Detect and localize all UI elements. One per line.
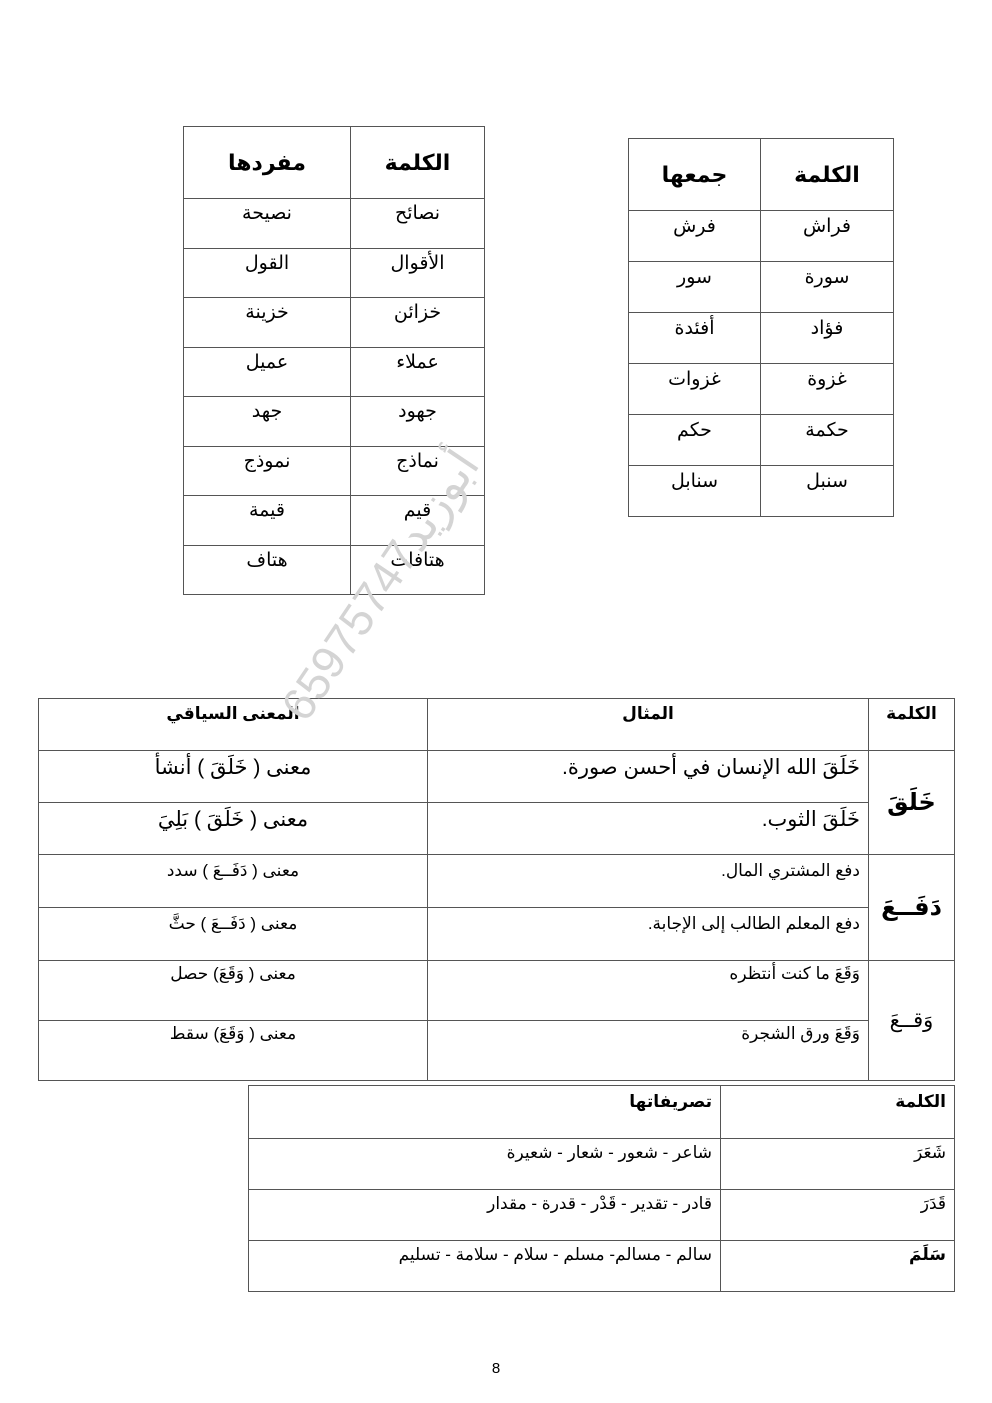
cell-singular: خزينة bbox=[184, 298, 351, 348]
cell-meaning: معنى ( دَفَــعَ ) حثَّ bbox=[39, 908, 428, 961]
cell-singular: نصيحة bbox=[184, 199, 351, 249]
cell-singular: جهد bbox=[184, 397, 351, 447]
cell-conjugations: شاعر - شعور - شعار - شعيرة bbox=[249, 1139, 721, 1190]
cell-word: حكمة bbox=[761, 415, 894, 466]
cell-plural: أفئدة bbox=[629, 313, 761, 364]
cell-example: دفع المعلم الطالب إلى الإجابة. bbox=[428, 908, 869, 961]
plural-table: الكلمة جمعها فراش فرش سورة سور فؤاد أفئد… bbox=[628, 138, 894, 517]
table-row: سَلَمَ سالم - مسالم- مسلم - سلام - سلامة… bbox=[249, 1241, 955, 1292]
header-meaning: المعنى السياقي bbox=[39, 699, 428, 751]
cell-example: وَقَعَ ما كنت أنتظره bbox=[428, 961, 869, 1021]
contextual-meaning-table: الكلمة المثال المعنى السياقي خَلَقَ خَلَ… bbox=[38, 698, 955, 1081]
cell-meaning: معنى ( وَقَعَ) سقط bbox=[39, 1021, 428, 1081]
table-row: شَعَرَ شاعر - شعور - شعار - شعيرة bbox=[249, 1139, 955, 1190]
table-row: نصائح نصيحة bbox=[184, 199, 485, 249]
cell-example: خَلَقَ الثوب. bbox=[428, 803, 869, 855]
table-header-row: الكلمة تصريفاتها bbox=[249, 1086, 955, 1139]
cell-plural: حكم bbox=[629, 415, 761, 466]
header-word: الكلمة bbox=[351, 127, 485, 199]
table-row: جهود جهد bbox=[184, 397, 485, 447]
page-number: 8 bbox=[0, 1360, 992, 1377]
cell-word: سنبل bbox=[761, 466, 894, 517]
table-row: وَقَعَ ورق الشجرة معنى ( وَقَعَ) سقط bbox=[39, 1021, 955, 1081]
header-word: الكلمة bbox=[721, 1086, 955, 1139]
header-singular: مفردها bbox=[184, 127, 351, 199]
cell-word: قَدَرَ bbox=[721, 1190, 955, 1241]
cell-example: خَلَقَ الله الإنسان في أحسن صورة. bbox=[428, 751, 869, 803]
cell-word: دَفَــعَ bbox=[869, 855, 955, 961]
cell-meaning: معنى ( وَقَعَ) حصل bbox=[39, 961, 428, 1021]
cell-example: دفع المشتري المال. bbox=[428, 855, 869, 908]
table-row: قيم قيمة bbox=[184, 496, 485, 546]
cell-singular: نموذج bbox=[184, 446, 351, 496]
cell-plural: سور bbox=[629, 262, 761, 313]
cell-word: عملاء bbox=[351, 347, 485, 397]
cell-word: غزوة bbox=[761, 364, 894, 415]
cell-singular: هتاف bbox=[184, 545, 351, 595]
table-row: دَفَــعَ دفع المشتري المال. معنى ( دَفَـ… bbox=[39, 855, 955, 908]
cell-word: فراش bbox=[761, 211, 894, 262]
cell-singular: القول bbox=[184, 248, 351, 298]
table-row: خزائن خزينة bbox=[184, 298, 485, 348]
cell-word: خزائن bbox=[351, 298, 485, 348]
cell-word: خَلَقَ bbox=[869, 751, 955, 855]
cell-plural: سنابل bbox=[629, 466, 761, 517]
table-row: خَلَقَ خَلَقَ الله الإنسان في أحسن صورة.… bbox=[39, 751, 955, 803]
cell-singular: قيمة bbox=[184, 496, 351, 546]
cell-conjugations: قادر - تقدير - قَدْر - قدرة - مقدار bbox=[249, 1190, 721, 1241]
cell-meaning: معنى ( خَلَقَ ) بَلِيَ bbox=[39, 803, 428, 855]
header-plural: جمعها bbox=[629, 139, 761, 211]
cell-singular: عميل bbox=[184, 347, 351, 397]
table-row: هتافات هتاف bbox=[184, 545, 485, 595]
conjugation-table: الكلمة تصريفاتها شَعَرَ شاعر - شعور - شع… bbox=[248, 1085, 955, 1292]
cell-word: شَعَرَ bbox=[721, 1139, 955, 1190]
cell-word: قيم bbox=[351, 496, 485, 546]
table-row: فؤاد أفئدة bbox=[629, 313, 894, 364]
cell-example: وَقَعَ ورق الشجرة bbox=[428, 1021, 869, 1081]
singular-table: الكلمة مفردها نصائح نصيحة الأقوال القول … bbox=[183, 126, 485, 595]
cell-word: جهود bbox=[351, 397, 485, 447]
table-row: الأقوال القول bbox=[184, 248, 485, 298]
table-row: سنبل سنابل bbox=[629, 466, 894, 517]
header-conjugations: تصريفاتها bbox=[249, 1086, 721, 1139]
cell-word: وَقــعَ bbox=[869, 961, 955, 1081]
table-header-row: الكلمة المثال المعنى السياقي bbox=[39, 699, 955, 751]
cell-word: هتافات bbox=[351, 545, 485, 595]
table-row: حكمة حكم bbox=[629, 415, 894, 466]
table-row: نماذج نموذج bbox=[184, 446, 485, 496]
table-row: عملاء عميل bbox=[184, 347, 485, 397]
table-row: قَدَرَ قادر - تقدير - قَدْر - قدرة - مقد… bbox=[249, 1190, 955, 1241]
cell-word: الأقوال bbox=[351, 248, 485, 298]
cell-word: نماذج bbox=[351, 446, 485, 496]
cell-plural: فرش bbox=[629, 211, 761, 262]
table-row: غزوة غزوات bbox=[629, 364, 894, 415]
header-example: المثال bbox=[428, 699, 869, 751]
header-word: الكلمة bbox=[761, 139, 894, 211]
table-header-row: الكلمة مفردها bbox=[184, 127, 485, 199]
cell-word: فؤاد bbox=[761, 313, 894, 364]
cell-word: سَلَمَ bbox=[721, 1241, 955, 1292]
header-word: الكلمة bbox=[869, 699, 955, 751]
cell-word: سورة bbox=[761, 262, 894, 313]
cell-conjugations: سالم - مسالم- مسلم - سلام - سلامة - تسلي… bbox=[249, 1241, 721, 1292]
cell-plural: غزوات bbox=[629, 364, 761, 415]
cell-meaning: معنى ( دَفَــعَ ) سدد bbox=[39, 855, 428, 908]
table-row: فراش فرش bbox=[629, 211, 894, 262]
table-header-row: الكلمة جمعها bbox=[629, 139, 894, 211]
table-row: سورة سور bbox=[629, 262, 894, 313]
table-row: دفع المعلم الطالب إلى الإجابة. معنى ( دَ… bbox=[39, 908, 955, 961]
cell-meaning: معنى ( خَلَقَ ) أنشأ bbox=[39, 751, 428, 803]
table-row: وَقــعَ وَقَعَ ما كنت أنتظره معنى ( وَقَ… bbox=[39, 961, 955, 1021]
cell-word: نصائح bbox=[351, 199, 485, 249]
table-row: خَلَقَ الثوب. معنى ( خَلَقَ ) بَلِيَ bbox=[39, 803, 955, 855]
